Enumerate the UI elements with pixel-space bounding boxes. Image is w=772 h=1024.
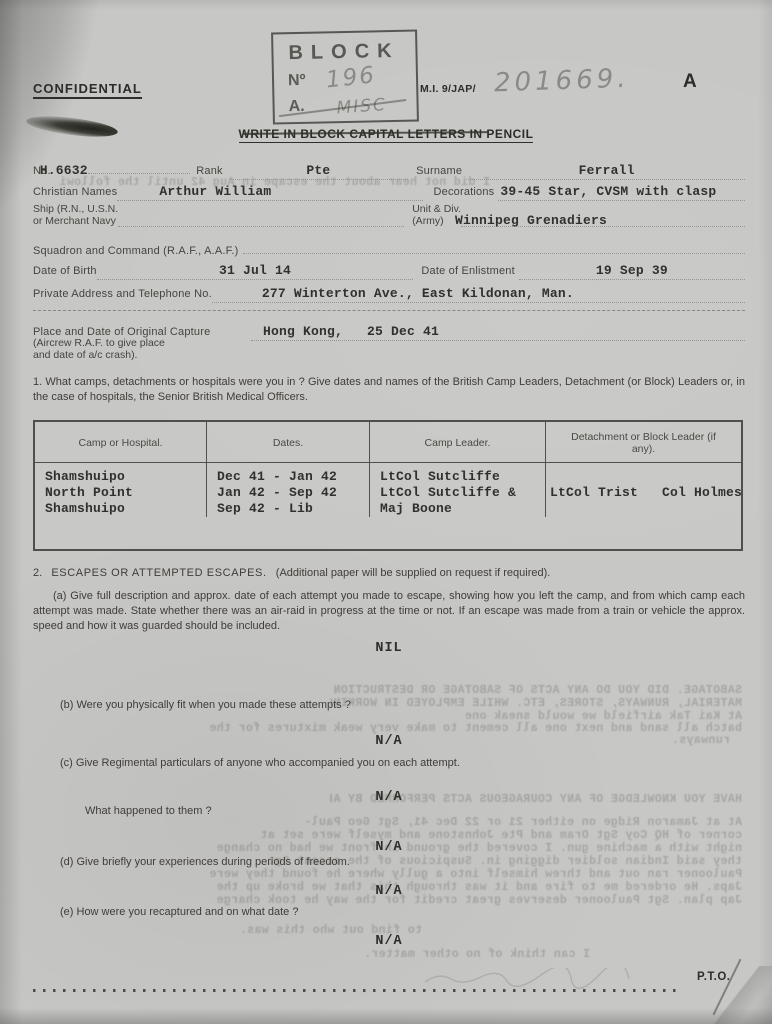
date-of-birth-value: 31 Jul 14 xyxy=(219,263,291,278)
question-2b-text: (b) Were you physically fit when you mad… xyxy=(60,698,745,713)
stamp-block-word: BLOCK xyxy=(288,40,400,65)
camps-table-header-row: Camp or Hospital. Dates. Camp Leader. De… xyxy=(35,422,741,463)
question-2-paren: (Additional paper will be supplied on re… xyxy=(276,567,551,579)
column-header-camp: Camp or Hospital. xyxy=(35,422,207,462)
answer-2c: N/A xyxy=(33,790,745,805)
unit-value-line: Winnipeg Grenadiers xyxy=(461,211,745,227)
camp-entry: Shamshuipo xyxy=(45,469,206,485)
question-1-text: 1. What camps, detachments or hospitals … xyxy=(33,375,745,405)
rank-label: Rank xyxy=(196,165,222,177)
capture-value: Hong Kong, 25 Dec 41 xyxy=(263,324,439,339)
stamp-no-handwritten-value: 196 xyxy=(325,62,377,93)
block-number-stamp: BLOCK Nº 196 A. MISC xyxy=(271,29,419,124)
section-divider-line xyxy=(33,310,745,311)
signature-dotted-line xyxy=(33,989,681,992)
dates-entry: Dec 41 - Jan 42 xyxy=(217,469,369,485)
camp-column-cell: Shamshuipo North Point Shamshuipo xyxy=(35,463,207,517)
answer-2d: N/A xyxy=(33,884,745,899)
leader-entry: LtCol Sutcliffe xyxy=(380,469,545,485)
detachment-column-cell: LtCol Trist Col Holmes xyxy=(546,463,742,517)
question-2-title: ESCAPES OR ATTEMPTED ESCAPES. xyxy=(51,567,266,579)
unit-label-line2: (Army) xyxy=(412,215,461,227)
camp-entry: North Point xyxy=(45,485,206,501)
decorations-value: 39-45 Star, CVSM with clasp xyxy=(500,184,716,199)
dates-entry: Jan 42 - Sep 42 xyxy=(217,485,369,501)
leader-entry: LtCol Sutcliffe & xyxy=(380,485,545,501)
date-of-enlistment-value: 19 Sep 39 xyxy=(596,263,668,278)
bleedthrough-line: I can think of no other matter. xyxy=(210,948,590,961)
detachment-entry xyxy=(550,501,742,517)
unit-value: Winnipeg Grenadiers xyxy=(455,213,607,228)
question-2-number: 2. xyxy=(33,567,42,579)
date-of-enlistment-line: 19 Sep 39 xyxy=(519,261,745,280)
surname-label: Surname xyxy=(416,165,462,177)
question-2c-text: (c) Give Regimental particulars of anyon… xyxy=(60,756,745,771)
surname-value-line: Ferrall xyxy=(468,161,745,180)
christian-names-value: Arthur William xyxy=(159,184,271,199)
field-row-dates: Date of Birth 31 Jul 14 Date of Enlistme… xyxy=(33,261,745,280)
what-happened-answer: N/A xyxy=(33,840,745,855)
decorations-label: Decorations xyxy=(433,186,494,198)
leader-entry: Maj Boone xyxy=(380,501,545,517)
column-header-leader: Camp Leader. xyxy=(370,422,546,462)
address-line: 277 Winterton Ave., East Kildonan, Man. xyxy=(212,284,745,303)
answer-2a: NIL xyxy=(33,641,745,656)
field-row-address: Private Address and Telephone No. 277 Wi… xyxy=(33,284,745,303)
answer-2e: N/A xyxy=(33,934,745,949)
unit-label-line1: Unit & Div. xyxy=(412,203,461,215)
fill-line xyxy=(88,159,191,174)
bleedthrough-line: SABOTAGE. DID YOU DO ANY ACTS OF SABOTAG… xyxy=(330,684,742,697)
detachment-entry: LtCol Trist Col Holmes xyxy=(550,485,742,501)
decorations-line: 39-45 Star, CVSM with clasp xyxy=(498,182,745,201)
answer-2b: N/A xyxy=(33,734,745,749)
rank-value-line: Pte xyxy=(229,161,408,180)
dates-column-cell: Dec 41 - Jan 42 Jan 42 - Sep 42 Sep 42 -… xyxy=(207,463,370,517)
christian-names-line: Arthur William xyxy=(117,182,423,201)
question-2-heading: 2. ESCAPES OR ATTEMPTED ESCAPES. (Additi… xyxy=(33,567,745,579)
date-of-enlistment-label: Date of Enlistment xyxy=(421,265,514,277)
date-of-birth-line: 31 Jul 14 xyxy=(97,261,414,280)
dates-entry: Sep 42 - Lib xyxy=(217,501,369,517)
confidential-marking: CONFIDENTIAL xyxy=(33,81,142,99)
column-header-detachment: Detachment or Block Leader (if any). xyxy=(546,422,741,462)
number-value: H.6632 xyxy=(40,163,88,178)
scanned-pow-questionnaire-page: I did not hear about the escape in Aug 4… xyxy=(0,0,772,1024)
field-row-number-rank-surname: No.H.6632 Rank Pte Surname Ferrall xyxy=(33,159,745,180)
unit-label: Unit & Div. (Army) xyxy=(412,203,461,227)
field-row-names-decorations: Christian Names Arthur William Decoratio… xyxy=(33,182,745,201)
christian-names-label: Christian Names xyxy=(33,186,117,198)
camp-entry: Shamshuipo xyxy=(45,501,206,517)
squadron-label: Squadron and Command (R.A.F., A.A.F.) xyxy=(33,245,239,257)
camps-table-body: Shamshuipo North Point Shamshuipo Dec 41… xyxy=(35,463,741,517)
rank-value: Pte xyxy=(306,163,330,178)
ship-value-line xyxy=(118,213,404,227)
mi9-reference-handwritten-number: 201669. xyxy=(494,64,630,99)
camps-table: Camp or Hospital. Dates. Camp Leader. De… xyxy=(33,420,743,551)
page-corner-fold-shade xyxy=(708,966,772,1024)
column-header-dates: Dates. xyxy=(207,422,370,462)
ship-label-line1: Ship (R.N., U.S.N. xyxy=(33,203,118,215)
date-of-birth-label: Date of Birth xyxy=(33,265,97,277)
address-label: Private Address and Telephone No. xyxy=(33,288,212,300)
field-row-ship-unit: Ship (R.N., U.S.N. or Merchant Navy Unit… xyxy=(33,203,745,227)
instruction-text: WRITE IN BLOCK CAPITAL LETTERS IN PENCIL xyxy=(239,127,534,143)
ship-label: Ship (R.N., U.S.N. or Merchant Navy xyxy=(33,203,118,227)
stamp-no-label: Nº xyxy=(288,72,306,90)
detachment-entry xyxy=(550,469,742,485)
capture-note-line1: (Aircrew R.A.F. to give place xyxy=(33,337,165,349)
mi9-reference-label: M.I. 9/JAP/ xyxy=(420,83,476,95)
corner-letter-a: A xyxy=(683,71,697,93)
squadron-value-line xyxy=(243,239,746,254)
surname-value: Ferrall xyxy=(579,163,635,178)
question-2a-text: (a) Give full description and approx. da… xyxy=(33,589,745,634)
address-value: 277 Winterton Ave., East Kildonan, Man. xyxy=(262,286,574,301)
capture-line: Hong Kong, 25 Dec 41 xyxy=(251,322,745,341)
faint-pencil-signature xyxy=(420,968,640,990)
what-happened-text: What happened to them ? xyxy=(85,804,745,819)
capture-note-line2: and date of a/c crash). xyxy=(33,349,137,361)
leader-column-cell: LtCol Sutcliffe LtCol Sutcliffe & Maj Bo… xyxy=(370,463,546,517)
ship-label-line2: or Merchant Navy xyxy=(33,215,118,227)
field-row-squadron: Squadron and Command (R.A.F., A.A.F.) xyxy=(33,239,745,257)
question-2e-text: (e) How were you recaptured and on what … xyxy=(60,905,745,920)
question-2d-text: (d) Give briefly your experiences during… xyxy=(60,855,745,870)
